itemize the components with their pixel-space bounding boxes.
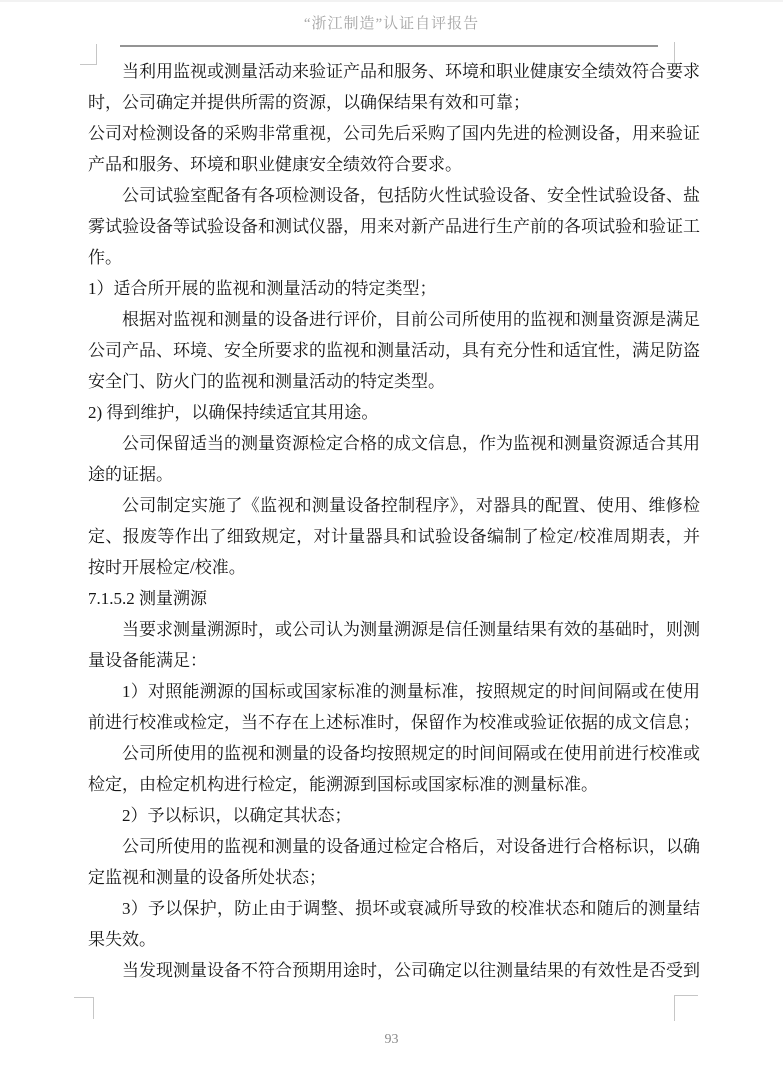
- page-header-title: “浙江制造”认证自评报告: [0, 12, 783, 33]
- paragraph: 2）予以标识，以确定其状态；: [88, 800, 700, 831]
- paragraph: 公司所使用的监视和测量的设备通过检定合格后，对设备进行合格标识，以确定监视和测量…: [88, 831, 700, 893]
- paragraph: 公司制定实施了《监视和测量设备控制程序》，对器具的配置、使用、维修检定、报废等作…: [88, 490, 700, 583]
- header-rule: [120, 45, 658, 47]
- paragraph: 1）适合所开展的监视和测量活动的特定类型；: [88, 273, 700, 304]
- paragraph: 1）对照能溯源的国标或国家标准的测量标准，按照规定的时间间隔或在使用前进行校准或…: [88, 676, 700, 738]
- page-number: 93: [0, 1032, 783, 1048]
- paragraph: 2) 得到维护，以确保持续适宜其用途。: [88, 397, 700, 428]
- document-body: 当利用监视或测量活动来验证产品和服务、环境和职业健康安全绩效符合要求时，公司确定…: [88, 56, 700, 986]
- page-top-edge: [0, 0, 783, 2]
- paragraph: 当利用监视或测量活动来验证产品和服务、环境和职业健康安全绩效符合要求时，公司确定…: [88, 56, 700, 118]
- paragraph: 公司保留适当的测量资源检定合格的成文信息，作为监视和测量资源适合其用途的证据。: [88, 428, 700, 490]
- text-boundary-mark-bottom-left: [74, 997, 94, 1019]
- text-boundary-mark-bottom-right: [674, 995, 698, 1021]
- paragraph: 3）予以保护，防止由于调整、损坏或衰减所导致的校准状态和随后的测量结果失效。: [88, 893, 700, 955]
- paragraph: 当发现测量设备不符合预期用途时，公司确定以往测量结果的有效性是否受到: [88, 955, 700, 986]
- paragraph: 公司对检测设备的采购非常重视，公司先后采购了国内先进的检测设备，用来验证产品和服…: [88, 118, 700, 180]
- paragraph: 公司所使用的监视和测量的设备均按照规定的时间间隔或在使用前进行校准或检定，由检定…: [88, 738, 700, 800]
- paragraph: 7.1.5.2 测量溯源: [88, 583, 700, 614]
- paragraph: 根据对监视和测量的设备进行评价，目前公司所使用的监视和测量资源是满足公司产品、环…: [88, 304, 700, 397]
- paragraph: 当要求测量溯源时，或公司认为测量溯源是信任测量结果有效的基础时，则测量设备能满足…: [88, 614, 700, 676]
- paragraph: 公司试验室配备有各项检测设备，包括防火性试验设备、安全性试验设备、盐雾试验设备等…: [88, 180, 700, 273]
